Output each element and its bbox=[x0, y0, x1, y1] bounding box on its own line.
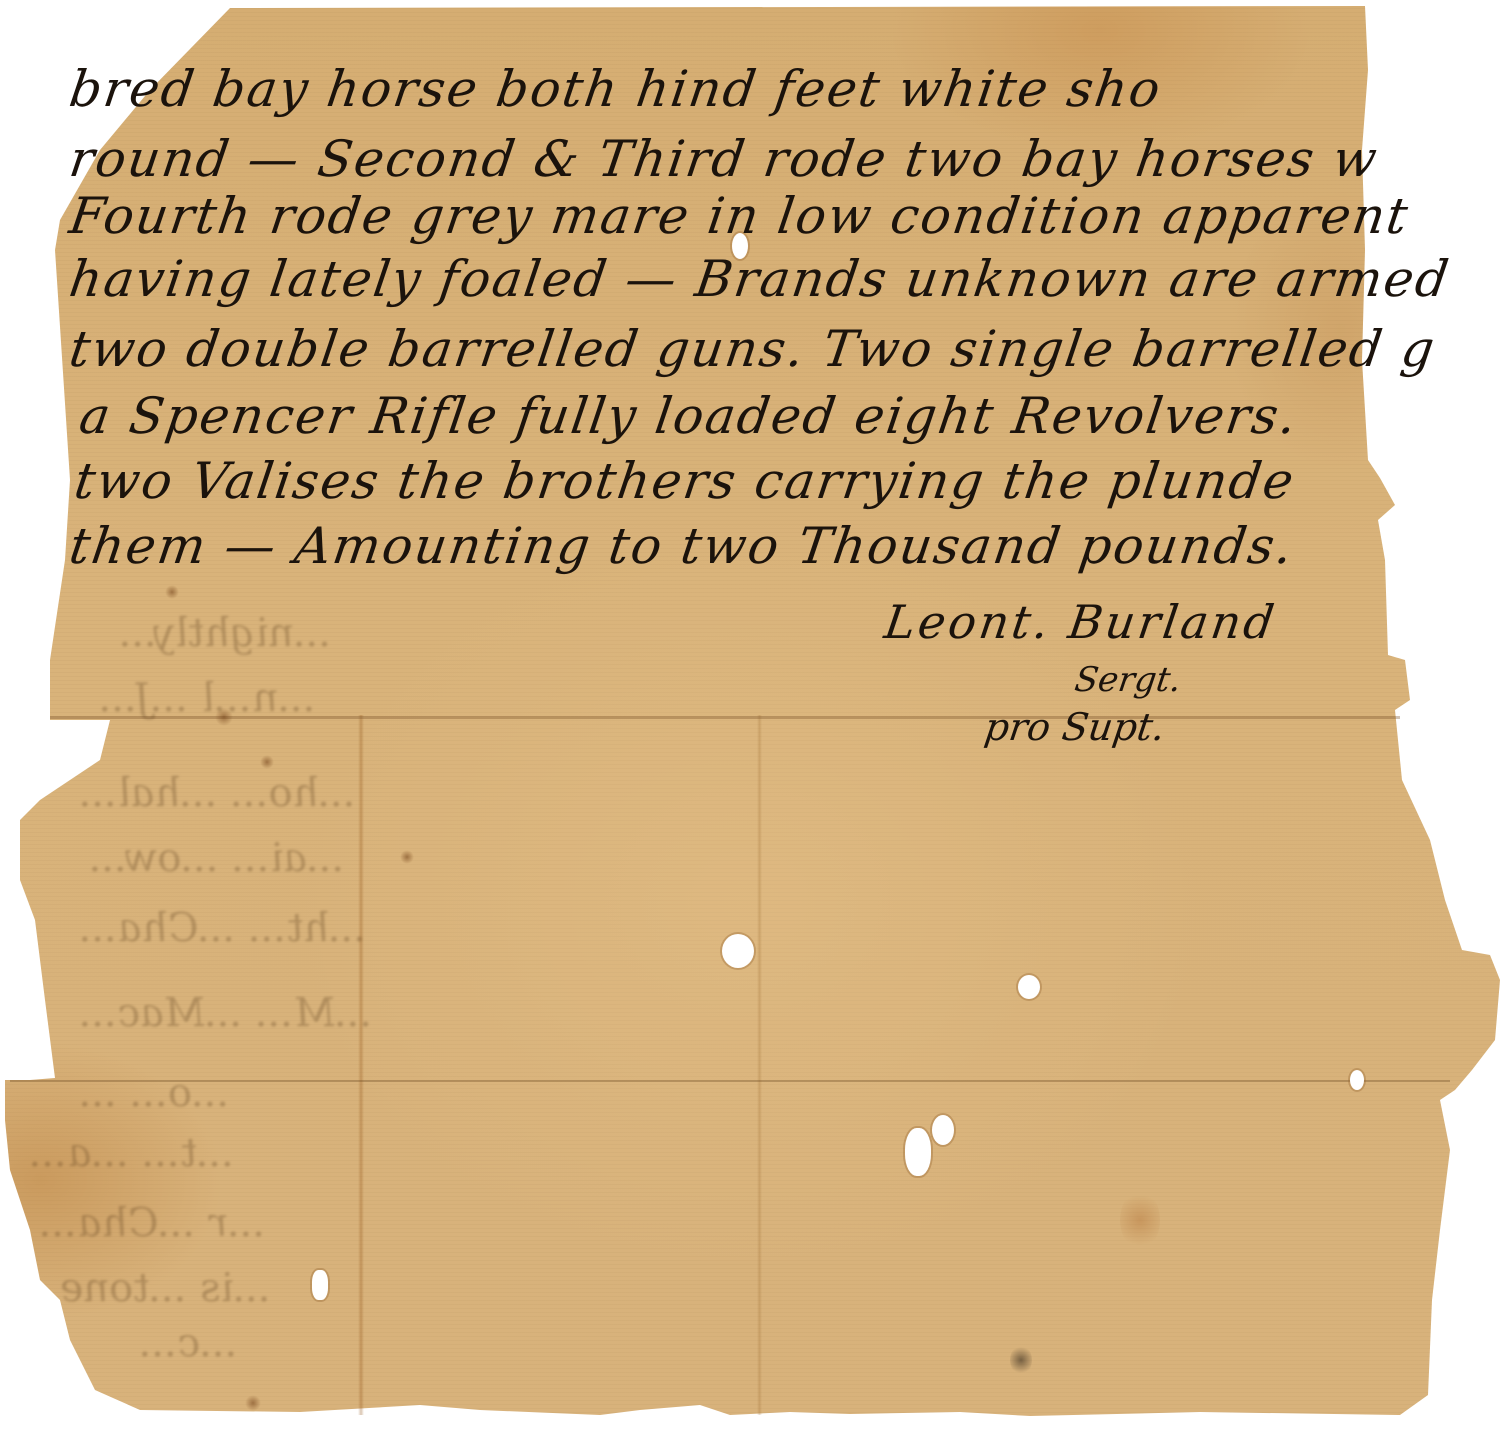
letter-line: round — Second & Third rode two bay hors… bbox=[66, 130, 1382, 188]
bleed-through-line: ...r ...Cha... bbox=[37, 1200, 270, 1246]
bleed-through-line: ...ht... ...Cha... bbox=[77, 905, 371, 951]
signature-role: pro Supt. bbox=[982, 705, 1168, 749]
signature-name: Leont. Burland bbox=[881, 595, 1280, 649]
bleed-through-line: ...ai... ...ow... bbox=[87, 835, 349, 881]
paper-hole bbox=[1350, 1070, 1364, 1090]
signature-rank: Sergt. bbox=[1072, 660, 1184, 700]
letter-line: Fourth rode grey mare in low condition a… bbox=[66, 187, 1413, 245]
bleed-through-line: ...ho... ...hal... bbox=[77, 770, 360, 816]
bleed-through-line: ...nightly... bbox=[117, 610, 336, 656]
fold-crease-vertical-center bbox=[757, 715, 762, 1415]
fold-crease-vertical-left bbox=[358, 715, 364, 1415]
letter-line: them — Amounting to two Thousand pounds. bbox=[66, 517, 1298, 575]
paper-hole bbox=[722, 934, 754, 968]
letter-line: having lately foaled — Brands unknown ar… bbox=[66, 250, 1454, 308]
paper-hole bbox=[1018, 975, 1040, 999]
bleed-through-line: ...is ...tone bbox=[57, 1265, 275, 1311]
letter-line: two Valises the brothers carrying the pl… bbox=[71, 452, 1299, 510]
ink-stain bbox=[400, 850, 414, 864]
letter-line: two double barrelled guns. Two single ba… bbox=[66, 320, 1440, 378]
paper-hole bbox=[932, 1115, 954, 1145]
ink-stain bbox=[260, 755, 274, 769]
ink-stain bbox=[165, 585, 179, 599]
rust-stain bbox=[1120, 1190, 1160, 1250]
paper-hole bbox=[905, 1128, 931, 1176]
bleed-through-line: ...M... ...Mac... bbox=[77, 990, 377, 1036]
bleed-through-line: ...t... ...a... bbox=[27, 1130, 239, 1176]
paper-hole bbox=[312, 1270, 328, 1300]
letter-line: bred bay horse both hind feet white sho bbox=[66, 60, 1166, 118]
bleed-through-line: ...o... ... bbox=[77, 1070, 234, 1116]
ink-stain bbox=[1010, 1345, 1032, 1375]
bleed-through-line: ...n...l ...J... bbox=[97, 675, 320, 721]
bleed-through-line: ...c... bbox=[137, 1320, 242, 1366]
rust-stain bbox=[245, 1395, 261, 1411]
letter-line: a Spencer Rifle fully loaded eight Revol… bbox=[76, 387, 1302, 445]
